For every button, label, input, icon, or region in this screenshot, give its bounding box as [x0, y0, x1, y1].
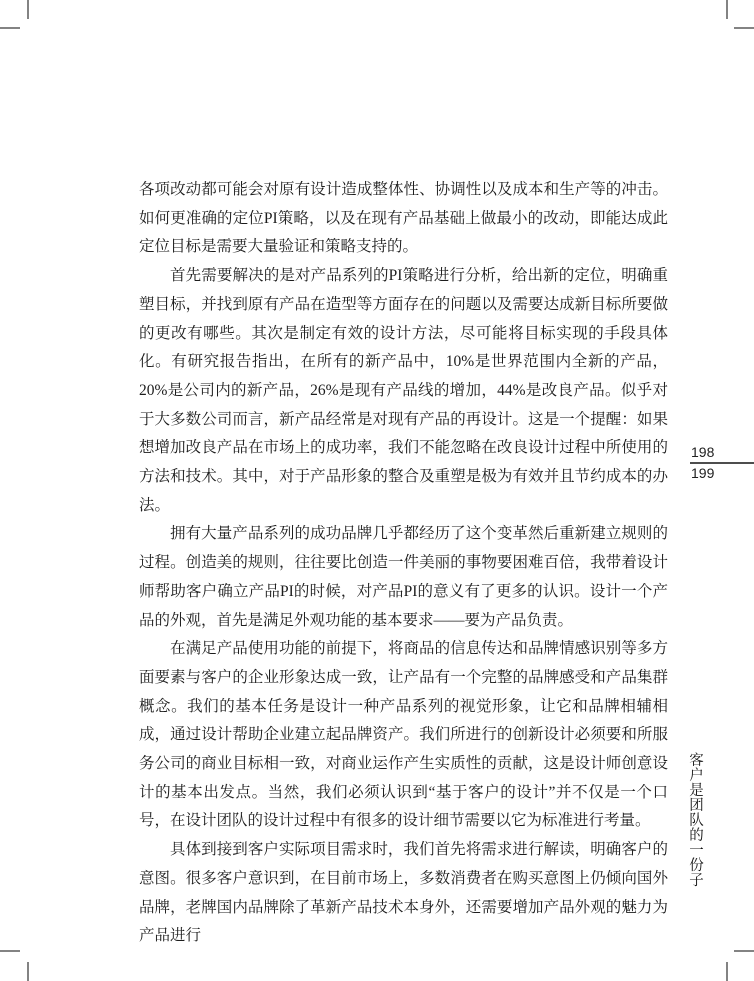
page-number-bottom: 199 [690, 465, 754, 482]
page-number-top: 198 [690, 444, 754, 461]
book-page: 各项改动都可能会对原有设计造成整体性、协调性以及成本和生产等的冲击。如何更准确的… [0, 0, 754, 981]
paragraph: 具体到接到客户实际项目需求时，我们首先将需求进行解读，明确客户的意图。很多客户意… [139, 836, 668, 951]
crop-mark-bottom-left-horizontal [0, 950, 20, 952]
paragraph: 在满足产品使用功能的前提下，将商品的信息传达和品牌情感识别等多方面要素与客户的企… [139, 635, 668, 836]
crop-mark-bottom-left-vertical [27, 962, 29, 981]
body-text-block: 各项改动都可能会对原有设计造成整体性、协调性以及成本和生产等的冲击。如何更准确的… [139, 176, 668, 951]
crop-mark-top-left-vertical [27, 0, 29, 19]
paragraph: 拥有大量产品系列的成功品牌几乎都经历了这个变革然后重新建立规则的过程。创造美的规… [139, 520, 668, 635]
crop-mark-top-left-horizontal [0, 27, 20, 29]
section-side-caption: 客户是团队的一份子 [687, 752, 703, 902]
folio-divider-rule [690, 462, 754, 464]
crop-mark-top-right-horizontal [734, 27, 754, 29]
page-number-folio: 198 199 [690, 444, 754, 482]
paragraph: 首先需要解决的是对产品系列的PI策略进行分析，给出新的定位，明确重塑目标，并找到… [139, 262, 668, 520]
paragraph-continuation: 各项改动都可能会对原有设计造成整体性、协调性以及成本和生产等的冲击。如何更准确的… [139, 176, 668, 262]
crop-mark-bottom-right-horizontal [734, 950, 754, 952]
crop-mark-bottom-right-vertical [726, 962, 728, 981]
crop-mark-top-right-vertical [726, 0, 728, 19]
